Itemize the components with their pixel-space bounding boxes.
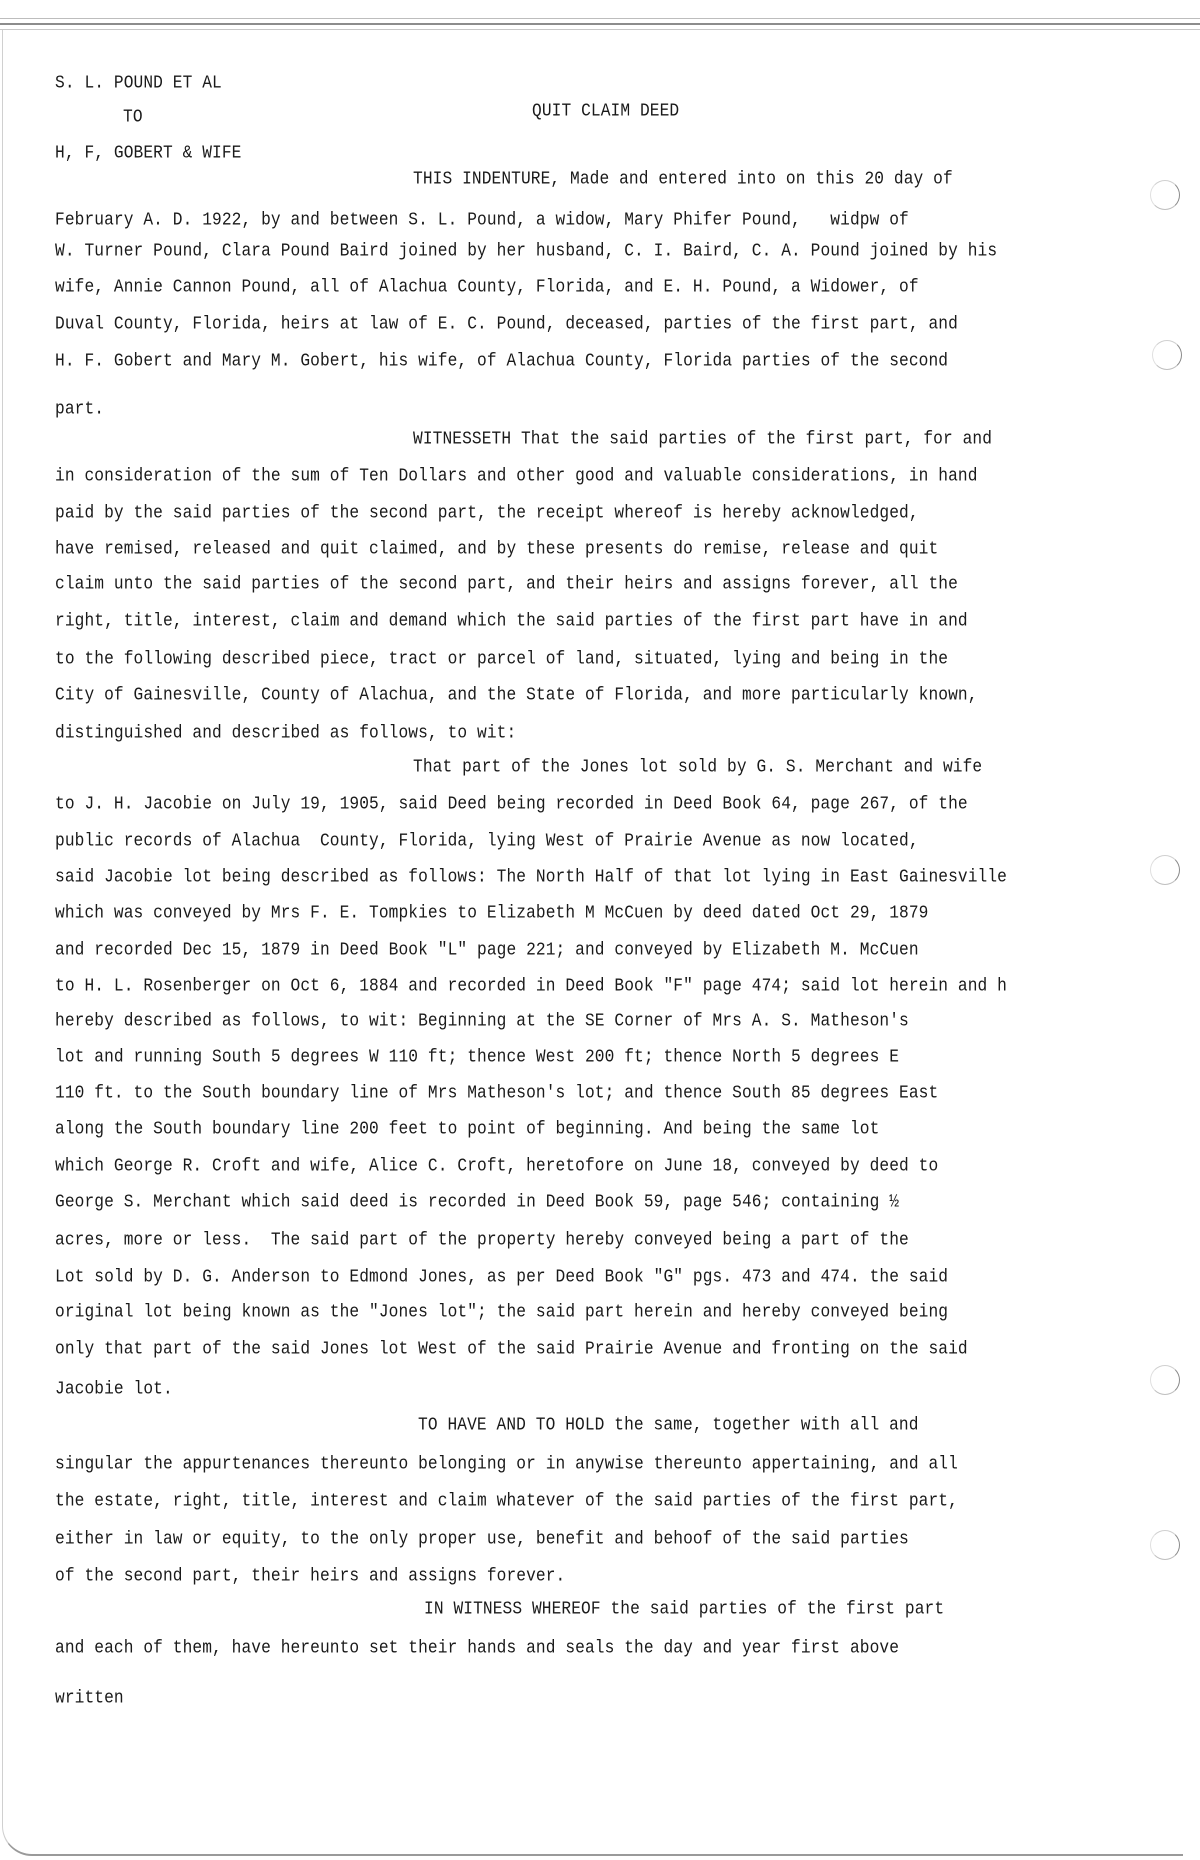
deed-text-line: to the following described piece, tract … bbox=[55, 648, 948, 670]
deed-text-line: only that part of the said Jones lot Wes… bbox=[55, 1338, 968, 1360]
punch-hole-icon bbox=[1150, 855, 1180, 885]
deed-text-line: along the South boundary line 200 feet t… bbox=[55, 1118, 879, 1140]
deed-text-line: W. Turner Pound, Clara Pound Baird joine… bbox=[55, 240, 997, 262]
deed-text-line: lot and running South 5 degrees W 110 ft… bbox=[55, 1046, 899, 1068]
deed-text-line: claim unto the said parties of the secon… bbox=[55, 573, 958, 595]
punch-hole-icon bbox=[1152, 340, 1182, 370]
deed-text-line: public records of Alachua County, Florid… bbox=[55, 830, 919, 852]
deed-text-line: distinguished and described as follows, … bbox=[55, 722, 516, 744]
deed-text-line: and each of them, have hereunto set thei… bbox=[55, 1637, 899, 1659]
grantor-name: S. L. POUND ET AL bbox=[55, 72, 222, 94]
punch-hole-icon bbox=[1150, 1530, 1180, 1560]
deed-text-line: written bbox=[55, 1687, 124, 1709]
deed-text-line: Jacobie lot. bbox=[55, 1378, 173, 1400]
deed-text-line: which was conveyed by Mrs F. E. Tompkies… bbox=[55, 902, 928, 924]
deed-text-line: February A. D. 1922, by and between S. L… bbox=[55, 209, 909, 231]
deed-text-line: to H. L. Rosenberger on Oct 6, 1884 and … bbox=[55, 975, 1007, 997]
deed-text-line: WITNESSETH That the said parties of the … bbox=[413, 428, 992, 450]
deed-text-line: in consideration of the sum of Ten Dolla… bbox=[55, 465, 978, 487]
deed-text-line: H. F. Gobert and Mary M. Gobert, his wif… bbox=[55, 350, 948, 372]
deed-text-line: 110 ft. to the South boundary line of Mr… bbox=[55, 1082, 938, 1104]
to-label: TO bbox=[123, 106, 143, 128]
punch-hole-icon bbox=[1150, 180, 1180, 210]
deed-text-line: wife, Annie Cannon Pound, all of Alachua… bbox=[55, 276, 919, 298]
deed-text-line: IN WITNESS WHEREOF the said parties of t… bbox=[424, 1598, 944, 1620]
punch-hole-icon bbox=[1150, 1365, 1180, 1395]
deed-text-line: which George R. Croft and wife, Alice C.… bbox=[55, 1155, 938, 1177]
deed-text-line: original lot being known as the "Jones l… bbox=[55, 1301, 948, 1323]
deed-text-line: of the second part, their heirs and assi… bbox=[55, 1565, 565, 1587]
deed-text-line: George S. Merchant which said deed is re… bbox=[55, 1191, 899, 1213]
deed-text-line: and recorded Dec 15, 1879 in Deed Book "… bbox=[55, 939, 919, 961]
document-title: QUIT CLAIM DEED bbox=[532, 100, 679, 122]
deed-text-line: part. bbox=[55, 398, 104, 420]
deed-text-line: TO HAVE AND TO HOLD the same, together w… bbox=[418, 1414, 919, 1436]
deed-text-line: THIS INDENTURE, Made and entered into on… bbox=[413, 168, 953, 190]
deed-text-line: acres, more or less. The said part of th… bbox=[55, 1229, 909, 1251]
deed-text-line: either in law or equity, to the only pro… bbox=[55, 1528, 909, 1550]
deed-text-line: singular the appurtenances thereunto bel… bbox=[55, 1453, 958, 1475]
deed-text-line: paid by the said parties of the second p… bbox=[55, 502, 919, 524]
deed-text-line: said Jacobie lot being described as foll… bbox=[55, 866, 1007, 888]
deed-text-line: hereby described as follows, to wit: Beg… bbox=[55, 1010, 909, 1032]
grantee-name: H, F, GOBERT & WIFE bbox=[55, 142, 241, 164]
deed-text-line: That part of the Jones lot sold by G. S.… bbox=[413, 756, 982, 778]
deed-text-line: to J. H. Jacobie on July 19, 1905, said … bbox=[55, 793, 968, 815]
deed-text-line: the estate, right, title, interest and c… bbox=[55, 1490, 958, 1512]
deed-text-line: right, title, interest, claim and demand… bbox=[55, 610, 968, 632]
deed-text-line: Duval County, Florida, heirs at law of E… bbox=[55, 313, 958, 335]
deed-text-line: have remised, released and quit claimed,… bbox=[55, 538, 938, 560]
deed-text-line: Lot sold by D. G. Anderson to Edmond Jon… bbox=[55, 1266, 948, 1288]
deed-text-line: City of Gainesville, County of Alachua, … bbox=[55, 684, 978, 706]
